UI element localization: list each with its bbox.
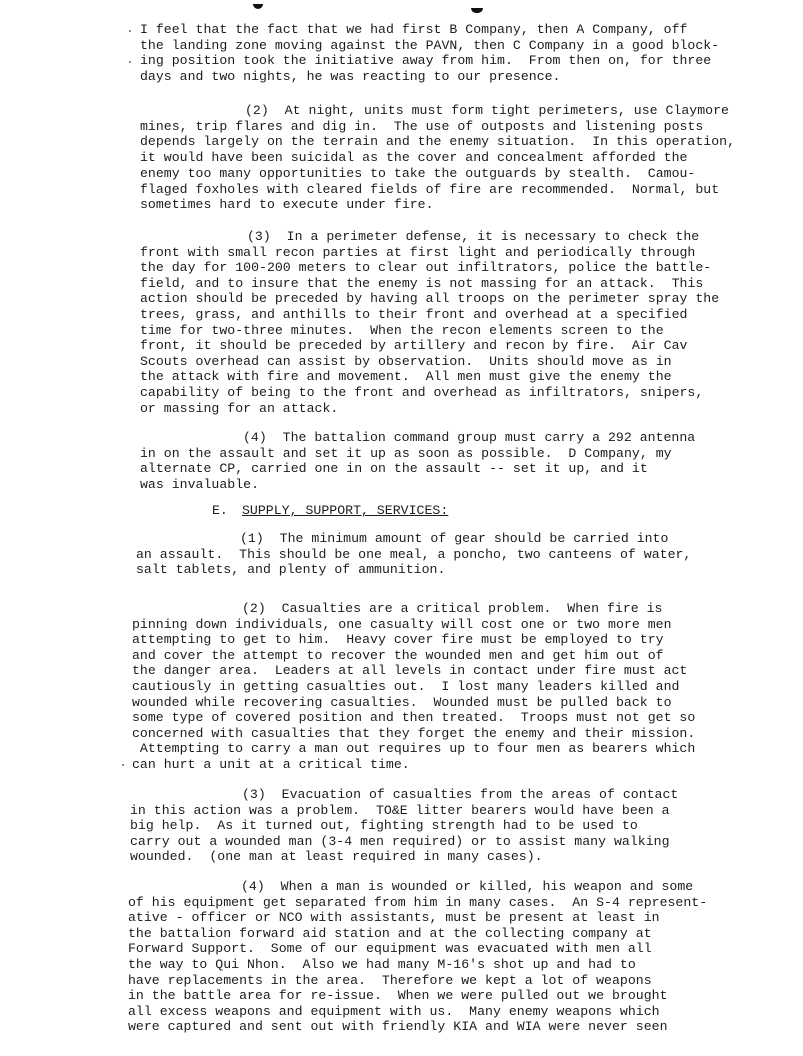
section-heading: SUPPLY, SUPPORT, SERVICES: [242, 503, 448, 518]
paragraph-line: have replacements in the area. Therefore… [128, 973, 652, 988]
paragraph-line: alternate CP, carried one in on the assa… [140, 461, 648, 476]
paragraph-line: field, and to insure that the enemy is n… [140, 276, 703, 291]
paragraph-line: trees, grass, and anthills to their fron… [140, 307, 687, 322]
paragraph-line: the landing zone moving against the PAVN… [140, 38, 719, 53]
paragraph-line: an assault. This should be one meal, a p… [136, 547, 691, 562]
paragraph-line: (2) At night, units must form tight peri… [245, 103, 729, 118]
paragraph-line: sometimes hard to execute under fire. [140, 197, 434, 212]
punch-mark [471, 8, 483, 13]
paragraph-line: pinning down individuals, one casualty w… [132, 617, 672, 632]
paragraph-line: was invaluable. [140, 477, 259, 492]
paragraph-line: front with small recon parties at first … [140, 245, 695, 260]
paragraph-line: I feel that the fact that we had first B… [140, 22, 687, 37]
paragraph-line: ative - officer or NCO with assistants, … [128, 910, 660, 925]
paragraph-line: it would have been suicidal as the cover… [140, 150, 687, 165]
paragraph-line: the way to Qui Nhon. Also we had many M-… [128, 957, 636, 972]
paragraph-line: and cover the attempt to recover the wou… [132, 648, 664, 663]
paragraph-line: in the battle area for re-issue. When we… [128, 988, 668, 1003]
paragraph-line: attempting to get to him. Heavy cover fi… [132, 632, 664, 647]
paragraph-line: can hurt a unit at a critical time. [132, 757, 410, 772]
paragraph-line: carry out a wounded man (3-4 men require… [130, 834, 670, 849]
paragraph-line: the battalion forward aid station and at… [128, 926, 652, 941]
speck [129, 61, 131, 63]
paragraph-line: (2) Casualties are a critical problem. W… [242, 601, 663, 616]
paragraph-line: mines, trip flares and dig in. The use o… [140, 119, 703, 134]
paragraph-line: enemy too many opportunities to take the… [140, 166, 695, 181]
paragraph-line: cautiously in getting casualties out. I … [132, 679, 679, 694]
paragraph-line: were captured and sent out with friendly… [128, 1019, 668, 1034]
paragraph-line: flaged foxholes with cleared fields of f… [140, 182, 719, 197]
paragraph-line: time for two-three minutes. When the rec… [140, 323, 664, 338]
paragraph-line: front, it should be preceded by artiller… [140, 338, 687, 353]
paragraph-line: the danger area. Leaders at all levels i… [132, 663, 687, 678]
paragraph-line: (1) The minimum amount of gear should be… [240, 531, 668, 546]
paragraph-line: in on the assault and set it up as soon … [140, 446, 672, 461]
paragraph-line: (3) In a perimeter defense, it is necess… [247, 229, 699, 244]
paragraph-line: Scouts overhead can assist by observatio… [140, 354, 672, 369]
paragraph-line: or massing for an attack. [140, 401, 338, 416]
speck [129, 30, 131, 32]
paragraph-line: some type of covered position and then t… [132, 710, 695, 725]
punch-mark [253, 4, 263, 9]
speck [122, 764, 124, 766]
paragraph-line: Forward Support. Some of our equipment w… [128, 941, 652, 956]
document-page: I feel that the fact that we had first B… [0, 0, 803, 1056]
paragraph-line: (4) The battalion command group must car… [243, 430, 695, 445]
paragraph-line: wounded while recovering casualties. Wou… [132, 695, 672, 710]
paragraph-line: of his equipment get separated from him … [128, 895, 707, 910]
paragraph-line: wounded. (one man at least required in m… [130, 849, 543, 864]
paragraph-line: the attack with fire and movement. All m… [140, 369, 672, 384]
paragraph-line: capability of being to the front and ove… [140, 385, 703, 400]
paragraph-line: (4) When a man is wounded or killed, his… [241, 879, 693, 894]
section-heading-prefix: E. [212, 503, 228, 518]
paragraph-line: days and two nights, he was reacting to … [140, 69, 561, 84]
paragraph-line: concerned with casualties that they forg… [132, 726, 695, 741]
paragraph-line: depends largely on the terrain and the e… [140, 134, 735, 149]
paragraph-line: the day for 100-200 meters to clear out … [140, 260, 711, 275]
paragraph-line: (3) Evacuation of casualties from the ar… [242, 787, 678, 802]
paragraph-line: in this action was a problem. TO&E litte… [130, 803, 670, 818]
paragraph-line: action should be preceded by having all … [140, 291, 719, 306]
paragraph-line: big help. As it turned out, fighting str… [130, 818, 638, 833]
paragraph-line: salt tablets, and plenty of ammunition. [136, 562, 445, 577]
paragraph-line: Attempting to carry a man out requires u… [132, 741, 695, 756]
paragraph-line: all excess weapons and equipment with us… [128, 1004, 660, 1019]
paragraph-line: ing position took the initiative away fr… [140, 53, 711, 68]
